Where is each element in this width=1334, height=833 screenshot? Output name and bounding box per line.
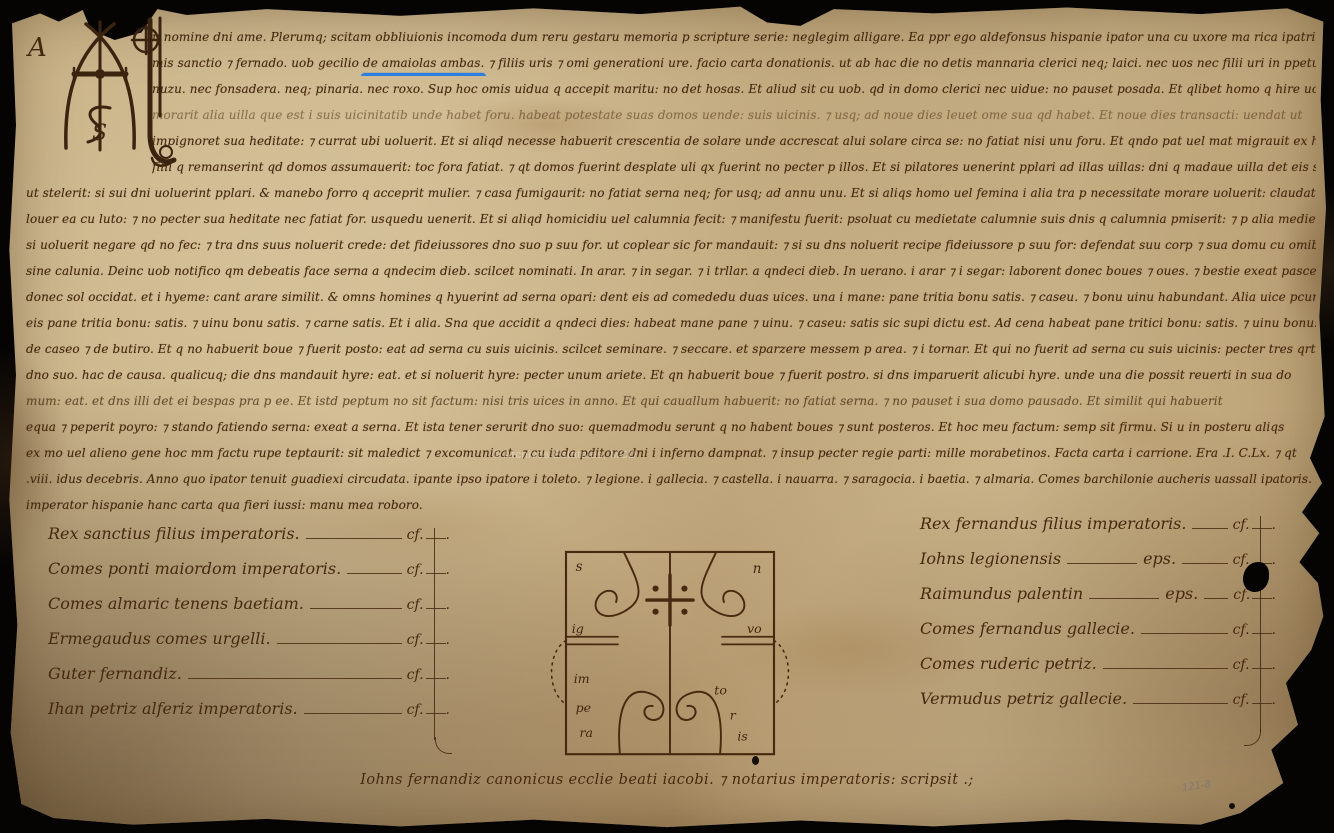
leader-line: [1133, 693, 1228, 704]
highlighted-phrase[interactable]: de amaiolas ambas.: [363, 50, 484, 76]
body-line: morarit alia uilla que est i suis uicini…: [152, 102, 1316, 128]
archive-watermark: © Archivos Estatales, MCD: [492, 449, 637, 461]
rota-letter-br1: to: [714, 682, 727, 697]
ink-speck: [752, 756, 759, 765]
confirmation-mark: cf.: [402, 597, 424, 613]
rota-letter-bl3: ra: [579, 725, 592, 740]
manuscript-scan: A S n nomine dni ame. Plerumq; scitam ob…: [0, 0, 1334, 833]
rota-letter-tl: s: [576, 559, 583, 575]
rota-cross-icon: [647, 575, 693, 625]
leader-line: [1103, 658, 1228, 669]
witness-name: Iohns legionensis: [920, 549, 1067, 568]
leader-line: [1182, 553, 1227, 564]
rule-tick: [1252, 658, 1272, 669]
scroll-top-left: [596, 552, 639, 616]
leader-line: [310, 598, 402, 609]
confirmation-mark: cf.: [1228, 517, 1250, 533]
highlighted-text: de amaiolas ambas.: [363, 56, 484, 70]
rule-tick: [426, 703, 446, 714]
signum-imperatoris-rota: s n ig vo im pe ra to r is: [540, 544, 800, 766]
leader-line: [277, 633, 402, 644]
witness-name: Ermegaudus comes urgelli.: [48, 629, 277, 648]
body-line: dno suo. hac de causa. qualicuq; die dns…: [26, 362, 1316, 388]
body-line: ex mo uel alieno gene hoc mm factu rupe …: [26, 440, 1316, 466]
witness-name: Ihan petriz alferiz imperatoris.: [48, 699, 304, 718]
rota-letter-ml: ig: [572, 621, 584, 636]
end-dot: .: [1272, 657, 1276, 673]
confirmation-mark: cf.: [1228, 552, 1250, 568]
ink-speck: [1229, 803, 1235, 809]
rota-letter-bl2: pe: [576, 700, 591, 715]
rota-letter-bl1: im: [574, 671, 590, 686]
leader-line: [1089, 588, 1159, 599]
rule-tick: [426, 528, 446, 539]
witness-name: Comes fernandus gallecie.: [920, 619, 1141, 638]
body-line: sine calunia. Deinc uob notifico qm debe…: [26, 258, 1316, 284]
notary-subscription: Iohns fernandiz canonicus ecclie beati i…: [0, 772, 1334, 788]
leader-line: [1141, 623, 1228, 634]
confirmation-rule-right: [1260, 516, 1261, 732]
end-dot: .: [1272, 587, 1276, 603]
witness-row: Comes fernandus gallecie.cf..: [920, 619, 1276, 654]
confirmation-rule-left: [434, 528, 435, 740]
witness-row: Vermudus petriz gallecie.cf..: [920, 689, 1276, 724]
confirmation-mark: cf.: [402, 527, 424, 543]
end-dot: .: [1272, 692, 1276, 708]
rota-letter-br2: r: [730, 708, 737, 723]
confirmation-mark: cf.: [1228, 692, 1250, 708]
witness-row: Comes ruderic petriz.cf..: [920, 654, 1276, 689]
witness-row: Comes almaric tenens baetiam.cf..: [48, 594, 450, 629]
witness-name: Rex fernandus filius imperatoris.: [920, 514, 1192, 533]
body-line: impignoret sua heditate: ⁊ currat ubi uo…: [152, 128, 1316, 154]
rule-tick: [426, 598, 446, 609]
end-dot: .: [446, 667, 450, 683]
body-line: si uoluerit negare qd no fec: ⁊ tra dns …: [26, 232, 1316, 258]
rule-tick: [426, 563, 446, 574]
scroll-top-right: [701, 552, 744, 616]
rota-letter-br3: is: [737, 729, 747, 744]
leader-line: [304, 703, 402, 714]
witness-row: Comes ponti maiordom imperatoris.cf..: [48, 559, 450, 594]
witness-title: eps.: [1137, 549, 1182, 568]
body-line: n nomine dni ame. Plerumq; scitam obbliu…: [152, 24, 1316, 50]
witness-row: Ermegaudus comes urgelli.cf..: [48, 629, 450, 664]
leader-line: [1192, 518, 1227, 529]
body-line: .viii. idus decebris. Anno quo ipator te…: [26, 466, 1316, 492]
body-line: filii q remanserint qd domos assumauerit…: [152, 154, 1316, 180]
witness-row: Iohns legionensiseps.cf..: [920, 549, 1276, 584]
confirmation-mark: cf.: [1228, 622, 1250, 638]
body-line: nuzu. nec fonsadera. neq; pinaria. nec r…: [152, 76, 1316, 102]
confirmation-mark: cf.: [402, 667, 424, 683]
witness-row: Rex fernandus filius imperatoris.cf..: [920, 514, 1276, 549]
rule-tick: [426, 668, 446, 679]
end-dot: .: [1272, 622, 1276, 638]
leader-line: [188, 668, 402, 679]
end-dot: .: [446, 597, 450, 613]
witness-name: Vermudus petriz gallecie.: [920, 689, 1133, 708]
body-line: louer ea cu luto: ⁊ no pecter sua hedita…: [26, 206, 1316, 232]
rota-letter-tr: n: [753, 561, 762, 577]
confirmation-mark: cf.: [402, 702, 424, 718]
leader-line: [1067, 553, 1137, 564]
rota-letter-mr: vo: [747, 621, 762, 636]
witness-name: Comes ruderic petriz.: [920, 654, 1103, 673]
end-dot: .: [446, 702, 450, 718]
witness-row: Rex sanctius filius imperatoris.cf..: [48, 524, 450, 559]
body-line-highlighted: mis sanctio ⁊ fernado. uob gecilio de am…: [152, 50, 1316, 76]
double-bar-right: [722, 637, 774, 645]
line2-pre: mis sanctio ⁊ fernado. uob gecilio: [152, 56, 363, 70]
end-dot: .: [446, 632, 450, 648]
witness-name: Comes almaric tenens baetiam.: [48, 594, 310, 613]
body-line: ut stelerit: si sui dni uoluerint pplari…: [26, 180, 1316, 206]
witness-column-left: Rex sanctius filius imperatoris.cf.. Com…: [48, 524, 450, 734]
chrismon-sigma: S: [92, 121, 107, 146]
leader-line: [1204, 588, 1228, 599]
line2-post: ⁊ filiis uris ⁊ omi generationi ure. fac…: [484, 56, 1316, 70]
end-dot: .: [1272, 517, 1276, 533]
body-line: mum: eat. et dns illi det ei bespas pra …: [26, 388, 1316, 414]
confirmation-mark: cf.: [1228, 657, 1250, 673]
witness-row: Ihan petriz alferiz imperatoris.cf..: [48, 699, 450, 734]
body-line: eis pane tritia bonu: satis. ⁊ uinu bonu…: [26, 310, 1316, 336]
rule-tick: [1252, 623, 1272, 634]
body-line: de caseo ⁊ de butiro. Et q no habuerit b…: [26, 336, 1316, 362]
witness-title: eps.: [1159, 584, 1204, 603]
body-line: donec sol occidat. et i hyeme: cant arar…: [26, 284, 1316, 310]
scroll-bottom-right: [677, 692, 721, 754]
witness-column-right: Rex fernandus filius imperatoris.cf.. Io…: [920, 514, 1276, 724]
chrismon-alpha: A: [26, 33, 47, 63]
dotted-ear-left: [552, 641, 566, 705]
witness-name: Raimundus palentin: [920, 584, 1089, 603]
witness-name: Guter fernandiz.: [48, 664, 188, 683]
end-dot: .: [1272, 552, 1276, 568]
leader-line: [347, 563, 401, 574]
leader-line: [306, 528, 402, 539]
rule-tick: [1252, 693, 1272, 704]
end-dot: .: [446, 562, 450, 578]
witness-row: Raimundus palentineps.cf..: [920, 584, 1276, 619]
scroll-bottom-left: [619, 692, 663, 754]
confirmation-mark: cf.: [402, 632, 424, 648]
witness-row: Guter fernandiz.cf..: [48, 664, 450, 699]
witness-name: Comes ponti maiordom imperatoris.: [48, 559, 347, 578]
double-bar-left: [566, 637, 618, 645]
body-line: equa ⁊ peperit poyro: ⁊ stando fatiendo …: [26, 414, 1316, 440]
end-dot: .: [446, 527, 450, 543]
rule-tick: [426, 633, 446, 644]
witness-name: Rex sanctius filius imperatoris.: [48, 524, 306, 543]
rule-tick: [1252, 518, 1272, 529]
dotted-ear-right: [774, 641, 788, 705]
confirmation-mark: cf.: [402, 562, 424, 578]
